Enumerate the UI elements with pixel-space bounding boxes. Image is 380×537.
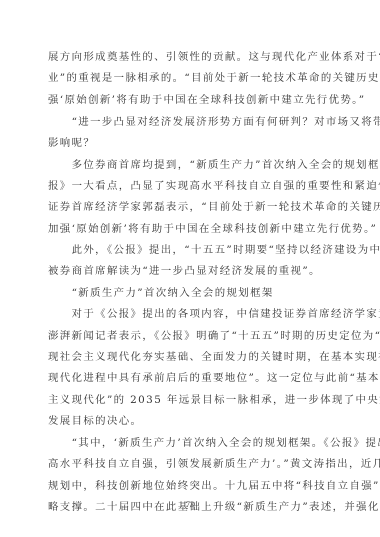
page-number: 73 [0,500,380,509]
text-line: 主义现代化”的 2035 年远景目标一脉相承，进一步体现了中央实现中长期 [48,393,331,407]
text-line: 业”的重视是一脉相承的。“目前处于新一轮技术革命的关键历史阶段，加 [48,71,331,85]
text-line: 对于《公报》提出的各项内容，中信建投证券首席经济学家黄文涛对 [48,307,331,321]
text-line: 影响呢？ [48,136,331,150]
text-line: 报》一大看点，凸显了实现高水平科技自立自强的重要性和紧迫性。广发 [48,179,331,193]
text-line: 高水平科技自立自强，引领发展新质生产力’。”黄文涛指出，近几次五年 [48,457,331,471]
text-line: “其中，‘新质生产力’首次纳入全会的规划框架。《公报》提出‘加快 [48,436,331,450]
text-line: 证券首席经济学家郭磊表示，“目前处于新一轮技术革命的关键历史阶段， [48,200,331,214]
text-line: 现社会主义现代化夯实基础、全面发力的关键时期，在基本实现社会主义 [48,350,331,364]
text-line: “进一步凸显对经济发展济形势方面有何研判？对市场又将带来哪些 [48,115,331,129]
text-line: 此外，《公报》提出，“十五五”时期要“坚持以经济建设为中心”，也 [48,243,331,257]
text-line: 澎湃新闻记者表示，《公报》明确了“十五五”时期的历史定位为“基本实 [48,329,331,343]
text-line: 加强‘原始创新’将有助于中国在全球科技创新中建立先行优势。” [48,222,331,236]
text-line: 展方向形成奠基性的、引领性的贡献。这与现代化产业体系对于“未来产 [48,50,331,64]
section-heading: “新质生产力”首次纳入全会的规划框架 [48,286,331,300]
text-line: 发展目标的决心。 [48,414,331,428]
text-line: 强‘原始创新’将有助于中国在全球科技创新中建立先行优势。” [48,93,331,107]
text-line: 被券商首席解读为“进一步凸显对经济发展的重视”。 [48,264,331,278]
text-line: 多位券商首席均提到，“新质生产力”首次纳入全会的规划框架是《公 [48,158,331,172]
text-line: 现代化进程中具有承前启后的重要地位”。这一定位与此前“基本实现社会 [48,371,331,385]
text-line: 规划中，科技创新地位始终突出。十九届五中将“科技自立自强”上升为战 [48,479,331,493]
